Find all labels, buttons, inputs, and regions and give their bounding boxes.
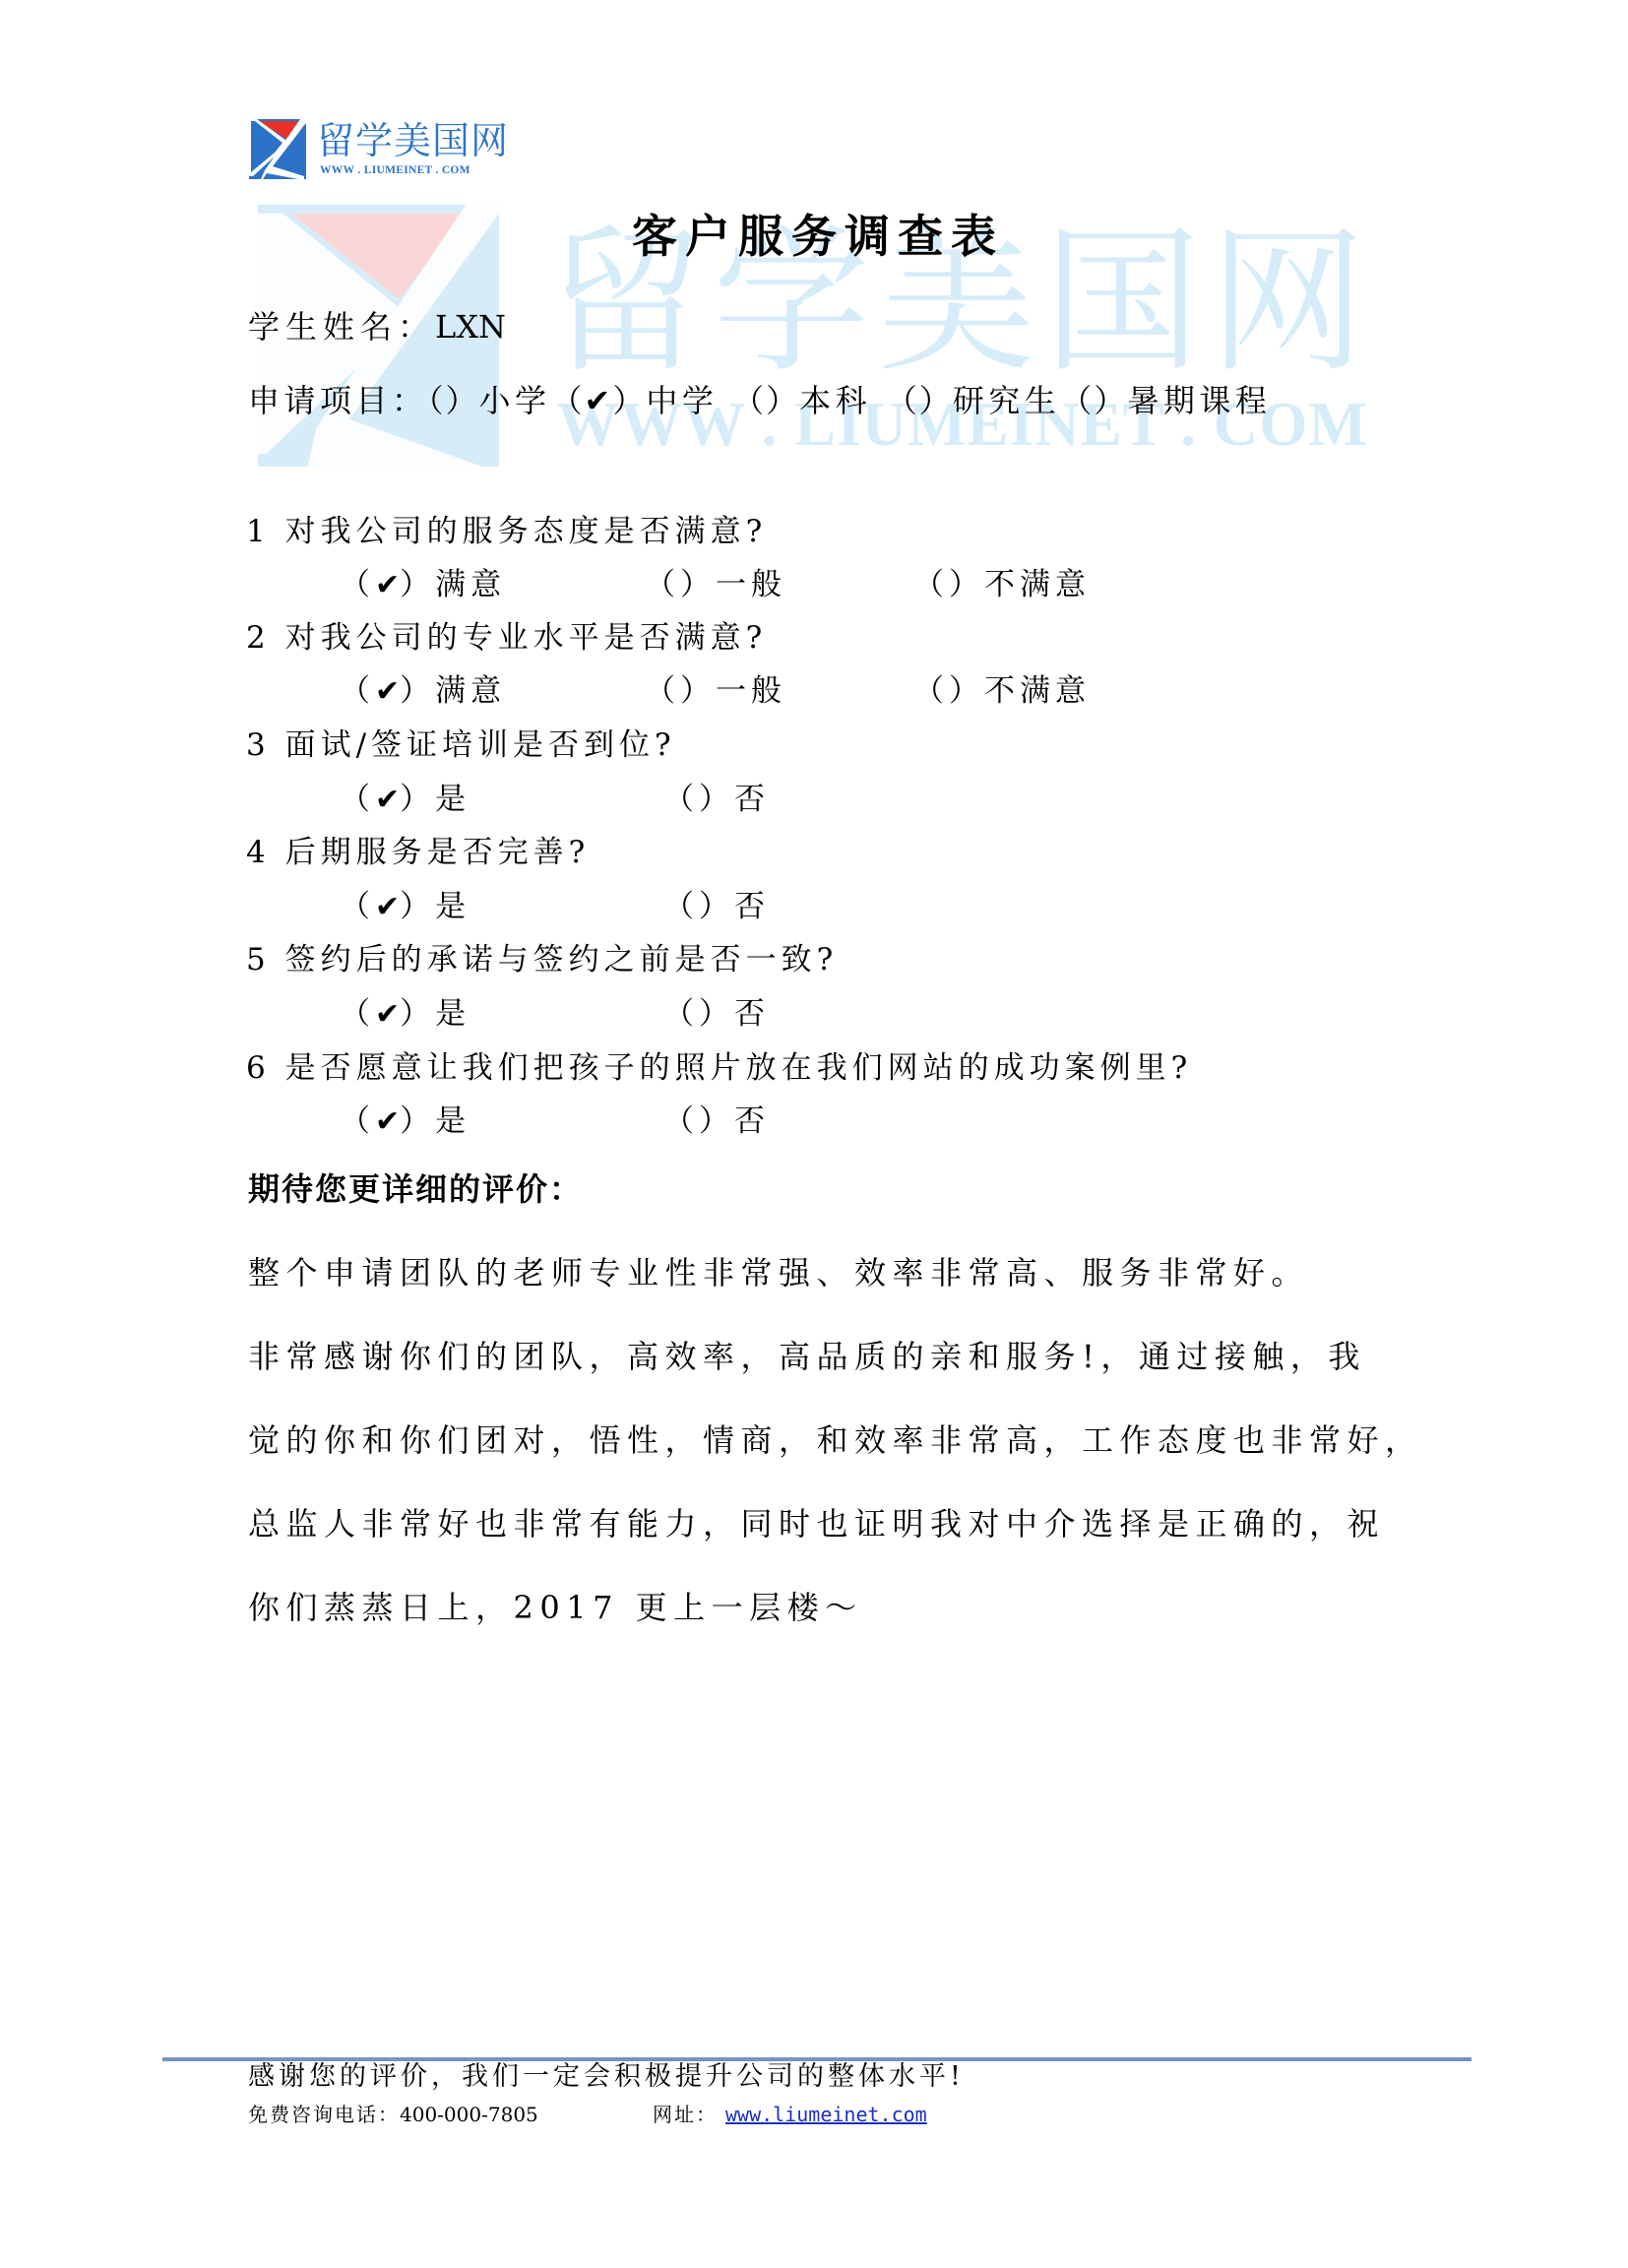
- comment-line-3: 觉的你和你们团对，悟性，情商，和效率非常高，工作态度也非常好，: [248, 1420, 1423, 1460]
- liumeinet-logo-icon: [249, 119, 306, 179]
- checkbox-mark: （）: [1060, 382, 1127, 419]
- q2-option-unsatisfied[interactable]: （）不满意: [913, 671, 1091, 711]
- footer-hotline: 免费咨询电话：400-000-7805: [248, 2101, 538, 2128]
- comment-line-5: 你们蒸蒸日上，2017 更上一层楼～: [248, 1588, 863, 1627]
- comment-line-4: 总监人非常好也非常有能力，同时也证明我对中介选择是正确的，祝: [248, 1504, 1385, 1543]
- program-option-graduate[interactable]: （）研究生: [886, 382, 1061, 419]
- question-1: 1 对我公司的服务态度是否满意?: [246, 512, 767, 551]
- q3-option-no[interactable]: （）否: [663, 780, 770, 819]
- q1-option-satisfied[interactable]: （✔）满意: [340, 565, 506, 605]
- check-icon: ✔: [375, 1104, 400, 1139]
- q4-option-no[interactable]: （）否: [663, 887, 770, 926]
- q6-option-yes[interactable]: （✔）是: [340, 1102, 470, 1142]
- program-option-elementary[interactable]: （）小学: [428, 382, 551, 419]
- comment-line-1: 整个申请团队的老师专业性非常强、效率非常高、服务非常好。: [248, 1253, 1309, 1292]
- question-5: 5 签约后的承诺与签约之前是否一致?: [246, 940, 838, 979]
- q4-option-yes[interactable]: （✔）是: [340, 887, 470, 927]
- check-icon: ✔: [375, 783, 400, 817]
- question-3: 3 面试/签证培训是否到位?: [246, 725, 676, 765]
- student-name-row: 学生姓名：LXN: [248, 307, 506, 346]
- comments-heading: 期待您更详细的评价：: [248, 1168, 583, 1210]
- q5-option-no[interactable]: （）否: [663, 994, 770, 1034]
- student-name-value: LXN: [435, 308, 506, 346]
- program-option-middle-school[interactable]: （✔）中学: [551, 382, 719, 419]
- q2-option-satisfied[interactable]: （✔）满意: [340, 671, 506, 712]
- q5-option-yes[interactable]: （✔）是: [340, 994, 470, 1035]
- student-name-label: 学生姓名：: [248, 308, 435, 346]
- comment-line-2: 非常感谢你们的团队，高效率，高品质的亲和服务!，通过接触，我: [248, 1337, 1366, 1376]
- program-option-summer[interactable]: （）暑期课程: [1060, 382, 1271, 419]
- program-label: 申请项目：: [248, 382, 428, 419]
- site-link[interactable]: www.liumeinet.com: [725, 2101, 927, 2128]
- check-icon: ✔: [375, 568, 400, 602]
- logo-name-en: WWW . LIUMEINET . COM: [320, 163, 470, 177]
- question-4: 4 后期服务是否完善?: [246, 833, 590, 872]
- site-label: 网址：: [653, 2101, 718, 2128]
- checkbox-mark: （）: [428, 382, 479, 419]
- q3-option-yes[interactable]: （✔）是: [340, 780, 470, 820]
- q6-option-no[interactable]: （）否: [663, 1102, 770, 1141]
- hotline-label: 免费咨询电话：: [248, 2103, 400, 2126]
- program-option-undergraduate[interactable]: （）本科: [732, 382, 871, 419]
- check-icon: ✔: [375, 997, 400, 1032]
- check-icon: ✔: [375, 890, 400, 924]
- logo-name-cn: 留学美国网: [317, 120, 509, 161]
- q2-option-average[interactable]: （）一般: [645, 671, 786, 711]
- checkbox-mark: （）: [886, 382, 953, 419]
- hotline-number: 400-000-7805: [400, 2103, 538, 2126]
- checkbox-mark: （）: [732, 382, 799, 419]
- check-icon: ✔: [375, 674, 400, 709]
- q1-option-average[interactable]: （）一般: [645, 565, 786, 604]
- checkbox-mark-checked: （✔）: [551, 382, 647, 419]
- question-2: 2 对我公司的专业水平是否满意?: [246, 618, 767, 658]
- question-6: 6 是否愿意让我们把孩子的照片放在我们网站的成功案例里?: [246, 1048, 1192, 1088]
- q1-option-unsatisfied[interactable]: （）不满意: [913, 565, 1091, 604]
- program-row: 申请项目：（）小学（✔）中学 （）本科 （）研究生（）暑期课程: [248, 381, 1271, 420]
- page-title: 客户服务调查表: [0, 209, 1628, 264]
- footer-thanks: 感谢您的评价，我们一定会积极提升公司的整体水平!: [248, 2059, 965, 2095]
